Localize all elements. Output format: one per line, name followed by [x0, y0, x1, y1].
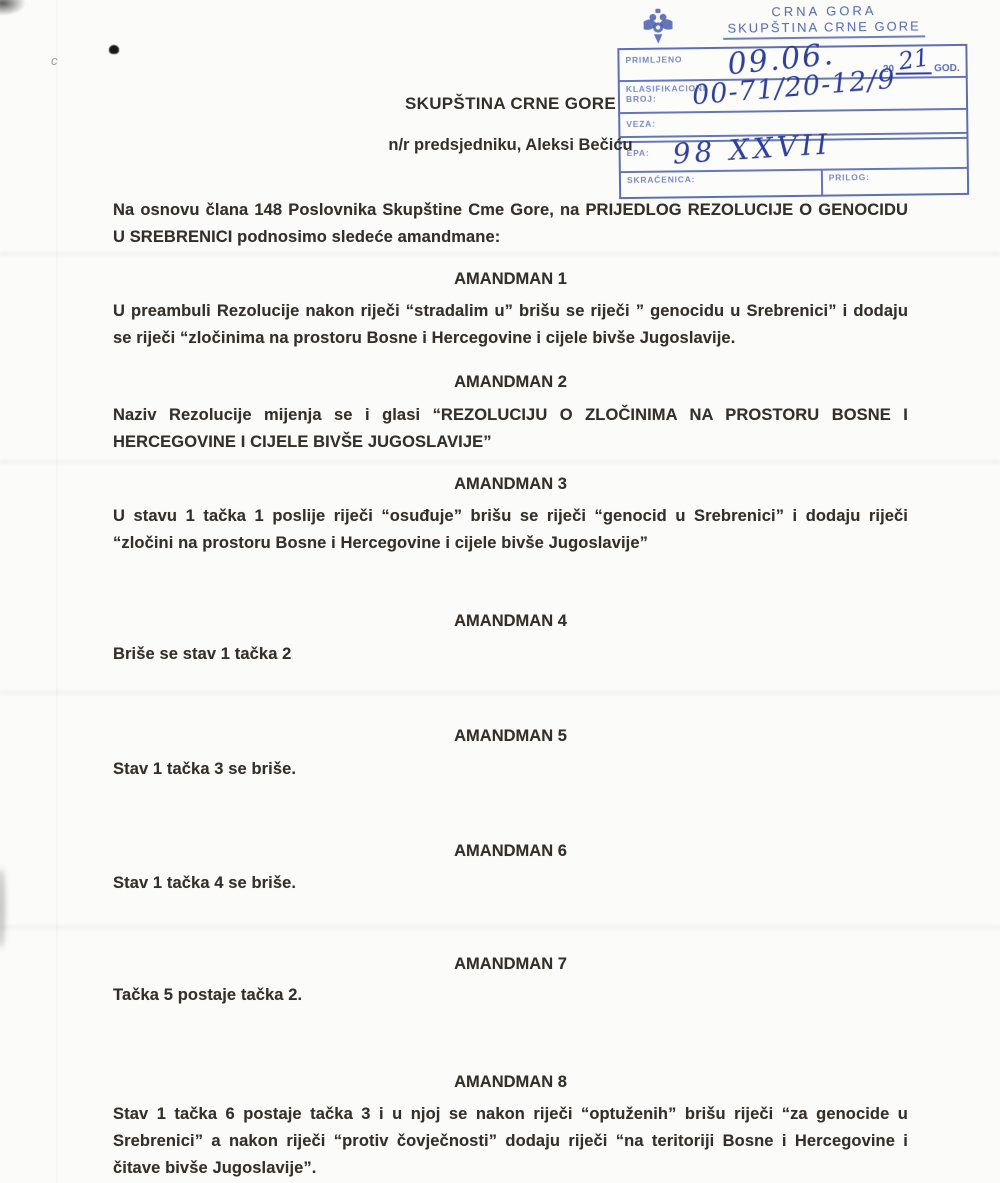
amendment-5-text: Stav 1 tačka 3 se briše. — [113, 756, 908, 783]
amendment-5-heading: AMANDMAN 5 — [113, 723, 908, 750]
amendment-3-text: U stavu 1 tačka 1 poslije riječi “osuđuj… — [113, 503, 908, 557]
amendment-2-heading: AMANDMAN 2 — [113, 369, 908, 396]
amendment-2-text: Naziv Rezolucije mijenja se i glasi “REZ… — [113, 402, 908, 456]
amendment-4-heading: AMANDMAN 4 — [113, 608, 908, 635]
year-suffix: GOD. — [934, 63, 960, 74]
amendment-1-text: U preambuli Rezolucije nakon riječi “str… — [113, 298, 908, 352]
pen-mark-artifact: c — [51, 53, 58, 68]
amendment-8-heading: AMANDMAN 8 — [113, 1069, 908, 1096]
document-title: SKUPŠTINA CRNE GORE — [113, 90, 908, 117]
amendment-6-text: Stav 1 tačka 4 se briše. — [113, 870, 908, 897]
document-body: SKUPŠTINA CRNE GORE n/r predsjedniku, Al… — [113, 0, 908, 1182]
amendment-1-heading: AMANDMAN 1 — [113, 266, 908, 293]
amendment-3-heading: AMANDMAN 3 — [113, 471, 908, 498]
intro-paragraph: Na osnovu člana 148 Poslovnika Skupštine… — [113, 197, 908, 251]
addressee-line: n/r predsjedniku, Aleksi Bečiću — [113, 132, 908, 159]
amendment-4-text: Briše se stav 1 tačka 2 — [113, 641, 908, 668]
amendment-7-text: Tačka 5 postaje tačka 2. — [113, 982, 908, 1009]
scan-corner-smudge — [0, 0, 26, 16]
amendment-6-heading: AMANDMAN 6 — [113, 838, 908, 865]
amendment-8-text: Stav 1 tačka 6 postaje tačka 3 i u njoj … — [113, 1101, 908, 1182]
scanned-document-page: c CRNA GORA SKUPŠTINA CRNE GORE — [0, 0, 1000, 1183]
scan-edge-smudge — [0, 868, 5, 948]
amendment-7-heading: AMANDMAN 7 — [113, 951, 908, 978]
scan-fold-line — [56, 0, 58, 1183]
